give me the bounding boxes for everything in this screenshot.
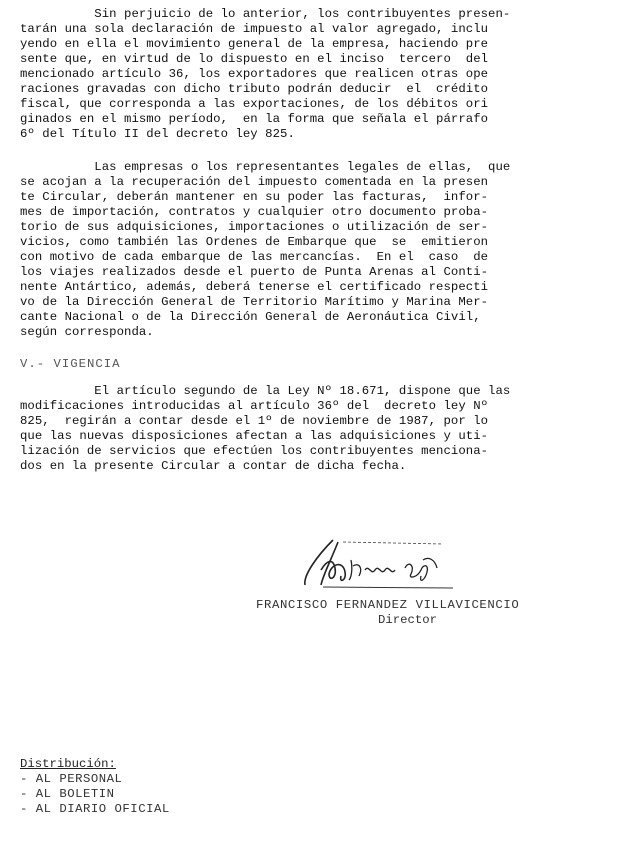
text-line: nente Antártico, además, deberá tenerse … (20, 280, 615, 295)
text-line: cante Nacional o de la Dirección General… (20, 310, 615, 325)
text-line: se acojan a la recuperación del impuesto… (20, 175, 615, 190)
text-line: que las nuevas disposiciones afectan a l… (20, 429, 615, 444)
text-line: ginados en el mismo período, en la forma… (20, 112, 615, 127)
text-line: 825, regirán a contar desde el 1º de nov… (20, 414, 615, 429)
document-page: Sin perjuicio de lo anterior, los contri… (0, 0, 630, 843)
text-line: vicios, como también las Ordenes de Emba… (20, 235, 615, 250)
text-line: mencionado artículo 36, los exportadores… (20, 67, 615, 82)
signatory-name: FRANCISCO FERNANDEZ VILLAVICENCIO (256, 598, 519, 612)
text-line: Las empresas o los representantes legale… (20, 160, 615, 175)
text-line: modificaciones introducidas al artículo … (20, 399, 615, 414)
text-line: dos en la presente Circular a contar de … (20, 459, 615, 474)
text-line: tarán una sola declaración de impuesto a… (20, 22, 615, 37)
text-line: con motivo de cada embarque de las merca… (20, 250, 615, 265)
distribution-item: - AL DIARIO OFICIAL (20, 802, 170, 816)
text-line: los viajes realizados desde el puerto de… (20, 265, 615, 280)
text-line: mes de importación, contratos y cualquie… (20, 205, 615, 220)
text-line: fiscal, que corresponda a las exportacio… (20, 97, 615, 112)
signatory-title: Director (378, 613, 437, 627)
distribution-item: - AL PERSONAL (20, 772, 122, 786)
text-line: yendo en ella el movimiento general de l… (20, 37, 615, 52)
text-line: sente que, en virtud de lo dispuesto en … (20, 52, 615, 67)
text-line: 6º del Título II del decreto ley 825. (20, 127, 615, 142)
text-line: raciones gravadas con dicho tributo podr… (20, 82, 615, 97)
section-heading-vigencia: V.- VIGENCIA (20, 357, 121, 371)
text-line: torio de sus adquisiciones, importacione… (20, 220, 615, 235)
text-line: te Circular, deberán mantener en su pode… (20, 190, 615, 205)
distribution-item: - AL BOLETIN (20, 787, 115, 801)
text-line: Sin perjuicio de lo anterior, los contri… (20, 7, 615, 22)
text-line: vo de la Dirección General de Territorio… (20, 295, 615, 310)
text-line: El artículo segundo de la Ley Nº 18.671,… (20, 384, 615, 399)
text-line: lización de servicios que efectúen los c… (20, 444, 615, 459)
text-line: según corresponda. (20, 325, 615, 340)
signature-icon (293, 530, 473, 600)
distribution-title: Distribución: (20, 757, 116, 771)
